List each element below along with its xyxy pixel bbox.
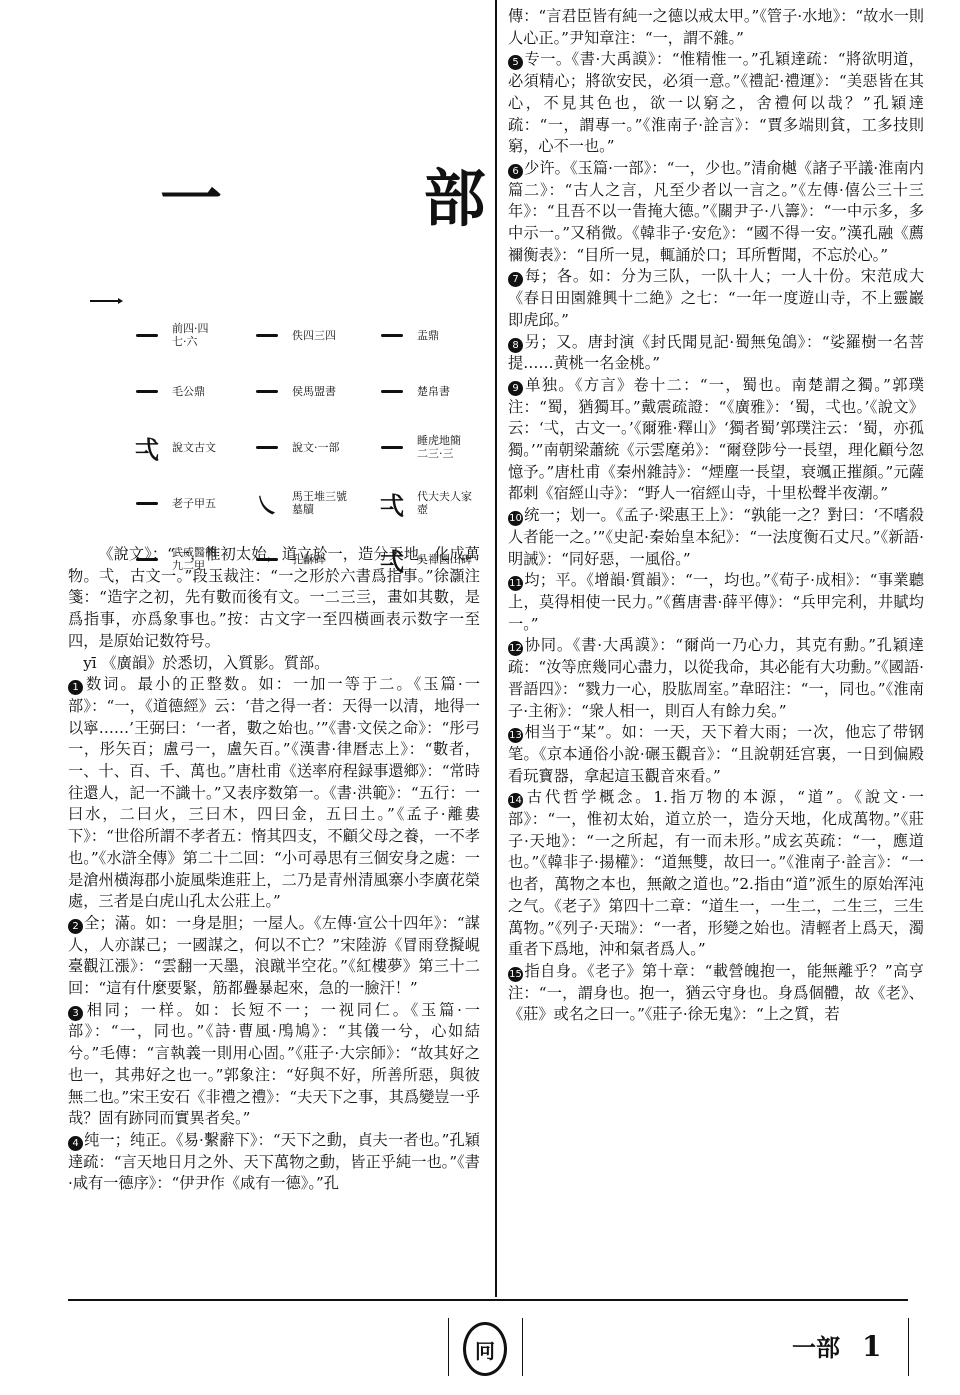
continuation-text: 傳：“言君臣皆有純一之德以戒太甲。”《管子·水地》：“故水一則人心正。”尹知章注… [508, 6, 924, 49]
glyph-form-image [136, 502, 158, 505]
glyph-source: 前四·四 七·六 [172, 322, 209, 348]
glyph-form-image [381, 446, 403, 449]
pronunciation: yī 《廣韻》於悉切，入質影。質部。 [68, 653, 480, 675]
sense-text: 相当于“某”。如：一天，天下着大雨；一次，他忘了带钢笔。《京本通俗小說·碾玉觀音… [508, 723, 924, 784]
sense-number-icon: 11 [508, 576, 523, 591]
page-number: 1 [862, 1330, 881, 1363]
glyph-form: 前四·四 七·六 [130, 315, 250, 355]
glyph-form-image [256, 334, 278, 337]
glyph-source: 代大夫人家 壺 [417, 490, 472, 516]
glyph-form: 睡虎地簡 二三·三 [375, 427, 485, 467]
sense-text: 协同。《書·大禹謨》：“爾尚一乃心力，其克有勳。”孔穎達疏：“汝等庶幾同心盡力，… [508, 636, 924, 719]
left-column: 《說文》：“一，惟初太始，道立於一，造分天地，化成萬物。弌，古文一。”段玉裁注：… [68, 544, 480, 1195]
sense-entry: 10统一；划一。《孟子·梁惠王上》：“孰能一之？對曰：‘不嗜殺人者能一之。’”《… [508, 505, 924, 570]
sense-text: 相同；一样。如：长短不一；一视同仁。《玉篇·一部》：“一，同也。”《詩·曹風·鳲… [68, 1001, 480, 1128]
footer-divider [448, 1318, 449, 1376]
sense-list: 1数词。最小的正整数。如：一加一等于二。《玉篇·一部》：“一，《道德經》云：‘昔… [68, 674, 480, 1195]
glyph-source: 盂鼎 [417, 329, 439, 342]
sense-entry: 3相同；一样。如：长短不一；一视同仁。《玉篇·一部》：“一，同也。”《詩·曹風·… [68, 1000, 480, 1130]
sense-entry: 6少许。《玉篇·一部》：“一，少也。”清俞樾《諸子平議·淮南内篇二》：“古人之言… [508, 158, 924, 267]
sense-number-icon: 13 [508, 728, 523, 743]
sense-entry: 4纯一；纯正。《易·繫辭下》：“天下之動，貞夫一者也。”孔穎達疏：“言天地日月之… [68, 1130, 480, 1195]
page-footer: 冋 一部1 [0, 1300, 960, 1395]
glyph-form: 佚四三四 [250, 315, 375, 355]
glyph-source: 楚帛書 [417, 385, 450, 398]
glyph-form-image [136, 334, 158, 337]
glyph-form-image [256, 446, 278, 449]
sense-text: 统一；划一。《孟子·梁惠王上》：“孰能一之？對曰：‘不嗜殺人者能一之。’”《史記… [508, 506, 924, 567]
glyph-forms-table: 前四·四 七·六佚四三四盂鼎毛公鼎侯馬盟書楚帛書弌說文古文說文·一部睡虎地簡 二… [130, 315, 480, 579]
glyph-source: 睡虎地簡 二三·三 [417, 434, 461, 460]
publisher-seal-icon: 冋 [463, 1322, 507, 1376]
sense-number-icon: 10 [508, 511, 523, 526]
sense-entry: 15指自身。《老子》第十章：“載營魄抱一，能無離乎？”高亨注：“一，謂身也。抱一… [508, 961, 924, 1026]
sense-text: 古代哲学概念。1.指万物的本源，“道”。《說文·一部》：“一，惟初太始，道立於一… [508, 788, 924, 958]
glyph-form-image [136, 390, 158, 393]
glyph-form: 弌說文古文 [130, 427, 250, 467]
glyph-form: 楚帛書 [375, 371, 485, 411]
sense-text: 专一。《書·大禹謨》：“惟精惟一。”孔穎達疏：“將欲明道，必須精心；將欲安民，必… [508, 50, 924, 155]
sense-number-icon: 4 [68, 1136, 83, 1151]
sense-number-icon: 5 [508, 55, 523, 70]
sense-text: 单独。《方言》卷十二：“一，蜀也。南楚謂之獨。”郭璞注：“蜀，猶獨耳。”戴震疏證… [508, 376, 924, 503]
sense-text: 纯一；纯正。《易·繫辭下》：“天下之動，貞夫一者也。”孔穎達疏：“言天地日月之外… [68, 1131, 480, 1192]
glyph-form: 侯馬盟書 [250, 371, 375, 411]
glyph-form-image: 弌 [130, 430, 164, 465]
glyph-form: 盂鼎 [375, 315, 485, 355]
footer-divider [522, 1318, 523, 1376]
running-head: 一部1 [792, 1328, 881, 1363]
glyph-source: 毛公鼎 [172, 385, 205, 398]
head-character-marker [90, 300, 120, 302]
sense-entry: 5专一。《書·大禹謨》：“惟精惟一。”孔穎達疏：“將欲明道，必須精心；將欲安民，… [508, 49, 924, 158]
shuowen-entry: 《說文》：“一，惟初太始，道立於一，造分天地，化成萬物。弌，古文一。”段玉裁注：… [68, 544, 480, 653]
right-column: 傳：“言君臣皆有純一之德以戒太甲。”《管子·水地》：“故水一則人心正。”尹知章注… [508, 6, 924, 1026]
sense-number-icon: 1 [68, 680, 83, 695]
sense-text: 另；又。唐封演《封氏聞見記·蜀無兔鴿》：“娑羅樹一名菩提……黄桃一名金桃。” [508, 333, 924, 373]
footer-divider [908, 1318, 909, 1376]
sense-entry: 13相当于“某”。如：一天，天下着大雨；一次，他忘了带钢笔。《京本通俗小說·碾玉… [508, 722, 924, 787]
sense-entry: 1数词。最小的正整数。如：一加一等于二。《玉篇·一部》：“一，《道德經》云：‘昔… [68, 674, 480, 913]
sense-text: 指自身。《老子》第十章：“載營魄抱一，能無離乎？”高亨注：“一，謂身也。抱一，猶… [508, 962, 924, 1023]
glyph-source: 馬王堆三號 墓牘 [292, 490, 347, 516]
glyph-source: 說文古文 [172, 441, 216, 454]
sense-number-icon: 14 [508, 793, 523, 808]
sense-entry: 7每；各。如：分为三队，一队十人；一人十份。宋范成大《春日田園雜興十二絶》之七：… [508, 266, 924, 331]
glyph-form: 弌代大夫人家 壺 [375, 483, 485, 523]
sense-text: 全；滿。如：一身是胆；一屋人。《左傳·宣公十四年》：“謀人，人亦謀己；一國謀之，… [68, 914, 480, 997]
sense-entry: 2全；滿。如：一身是胆；一屋人。《左傳·宣公十四年》：“謀人，人亦謀己；一國謀之… [68, 913, 480, 1000]
glyph-form-image: ㇏ [250, 486, 284, 521]
glyph-form-image [381, 390, 403, 393]
sense-entry: 8另；又。唐封演《封氏聞見記·蜀無兔鴿》：“娑羅樹一名菩提……黄桃一名金桃。” [508, 332, 924, 375]
column-divider [495, 0, 497, 1297]
sense-text: 少许。《玉篇·一部》：“一，少也。”清俞樾《諸子平議·淮南内篇二》：“古人之言，… [508, 159, 924, 264]
sense-entry: 11均；平。《增韻·質韻》：“一，均也。”《荀子·成相》：“事業聽上，莫得相使一… [508, 570, 924, 635]
sense-text: 每；各。如：分为三队，一队十人；一人十份。宋范成大《春日田園雜興十二絶》之七：“… [508, 267, 924, 328]
sense-entry: 12协同。《書·大禹謨》：“爾尚一乃心力，其克有勳。”孔穎達疏：“汝等庶幾同心盡… [508, 635, 924, 722]
sense-number-icon: 9 [508, 381, 523, 396]
sense-number-icon: 12 [508, 641, 523, 656]
glyph-form: ㇏馬王堆三號 墓牘 [250, 483, 375, 523]
sense-entry: 14古代哲学概念。1.指万物的本源，“道”。《說文·一部》：“一，惟初太始，道立… [508, 787, 924, 961]
glyph-source: 侯馬盟書 [292, 385, 336, 398]
glyph-form-image [256, 390, 278, 393]
glyph-form: 老子甲五 [130, 483, 250, 523]
glyph-source: 說文·一部 [292, 441, 340, 454]
sense-entry: 9单独。《方言》卷十二：“一，蜀也。南楚謂之獨。”郭璞注：“蜀，猶獨耳。”戴震疏… [508, 375, 924, 505]
glyph-source: 老子甲五 [172, 497, 216, 510]
glyph-source: 佚四三四 [292, 329, 336, 342]
glyph-form-image [381, 334, 403, 337]
sense-number-icon: 15 [508, 967, 523, 982]
sense-number-icon: 6 [508, 164, 523, 179]
sense-text: 数词。最小的正整数。如：一加一等于二。《玉篇·一部》：“一，《道德經》云：‘昔之… [68, 675, 480, 910]
sense-number-icon: 8 [508, 338, 523, 353]
sense-number-icon: 7 [508, 272, 523, 287]
glyph-form: 毛公鼎 [130, 371, 250, 411]
sense-list: 5专一。《書·大禹謨》：“惟精惟一。”孔穎達疏：“將欲明道，必須精心；將欲安民，… [508, 49, 924, 1026]
sense-number-icon: 2 [68, 919, 83, 934]
glyph-form: 說文·一部 [250, 427, 375, 467]
glyph-form-image: 弌 [375, 486, 409, 521]
sense-text: 均；平。《增韻·質韻》：“一，均也。”《荀子·成相》：“事業聽上，莫得相使一民力… [508, 571, 924, 632]
running-head-title: 一部 [792, 1334, 840, 1362]
sense-number-icon: 3 [68, 1006, 83, 1021]
